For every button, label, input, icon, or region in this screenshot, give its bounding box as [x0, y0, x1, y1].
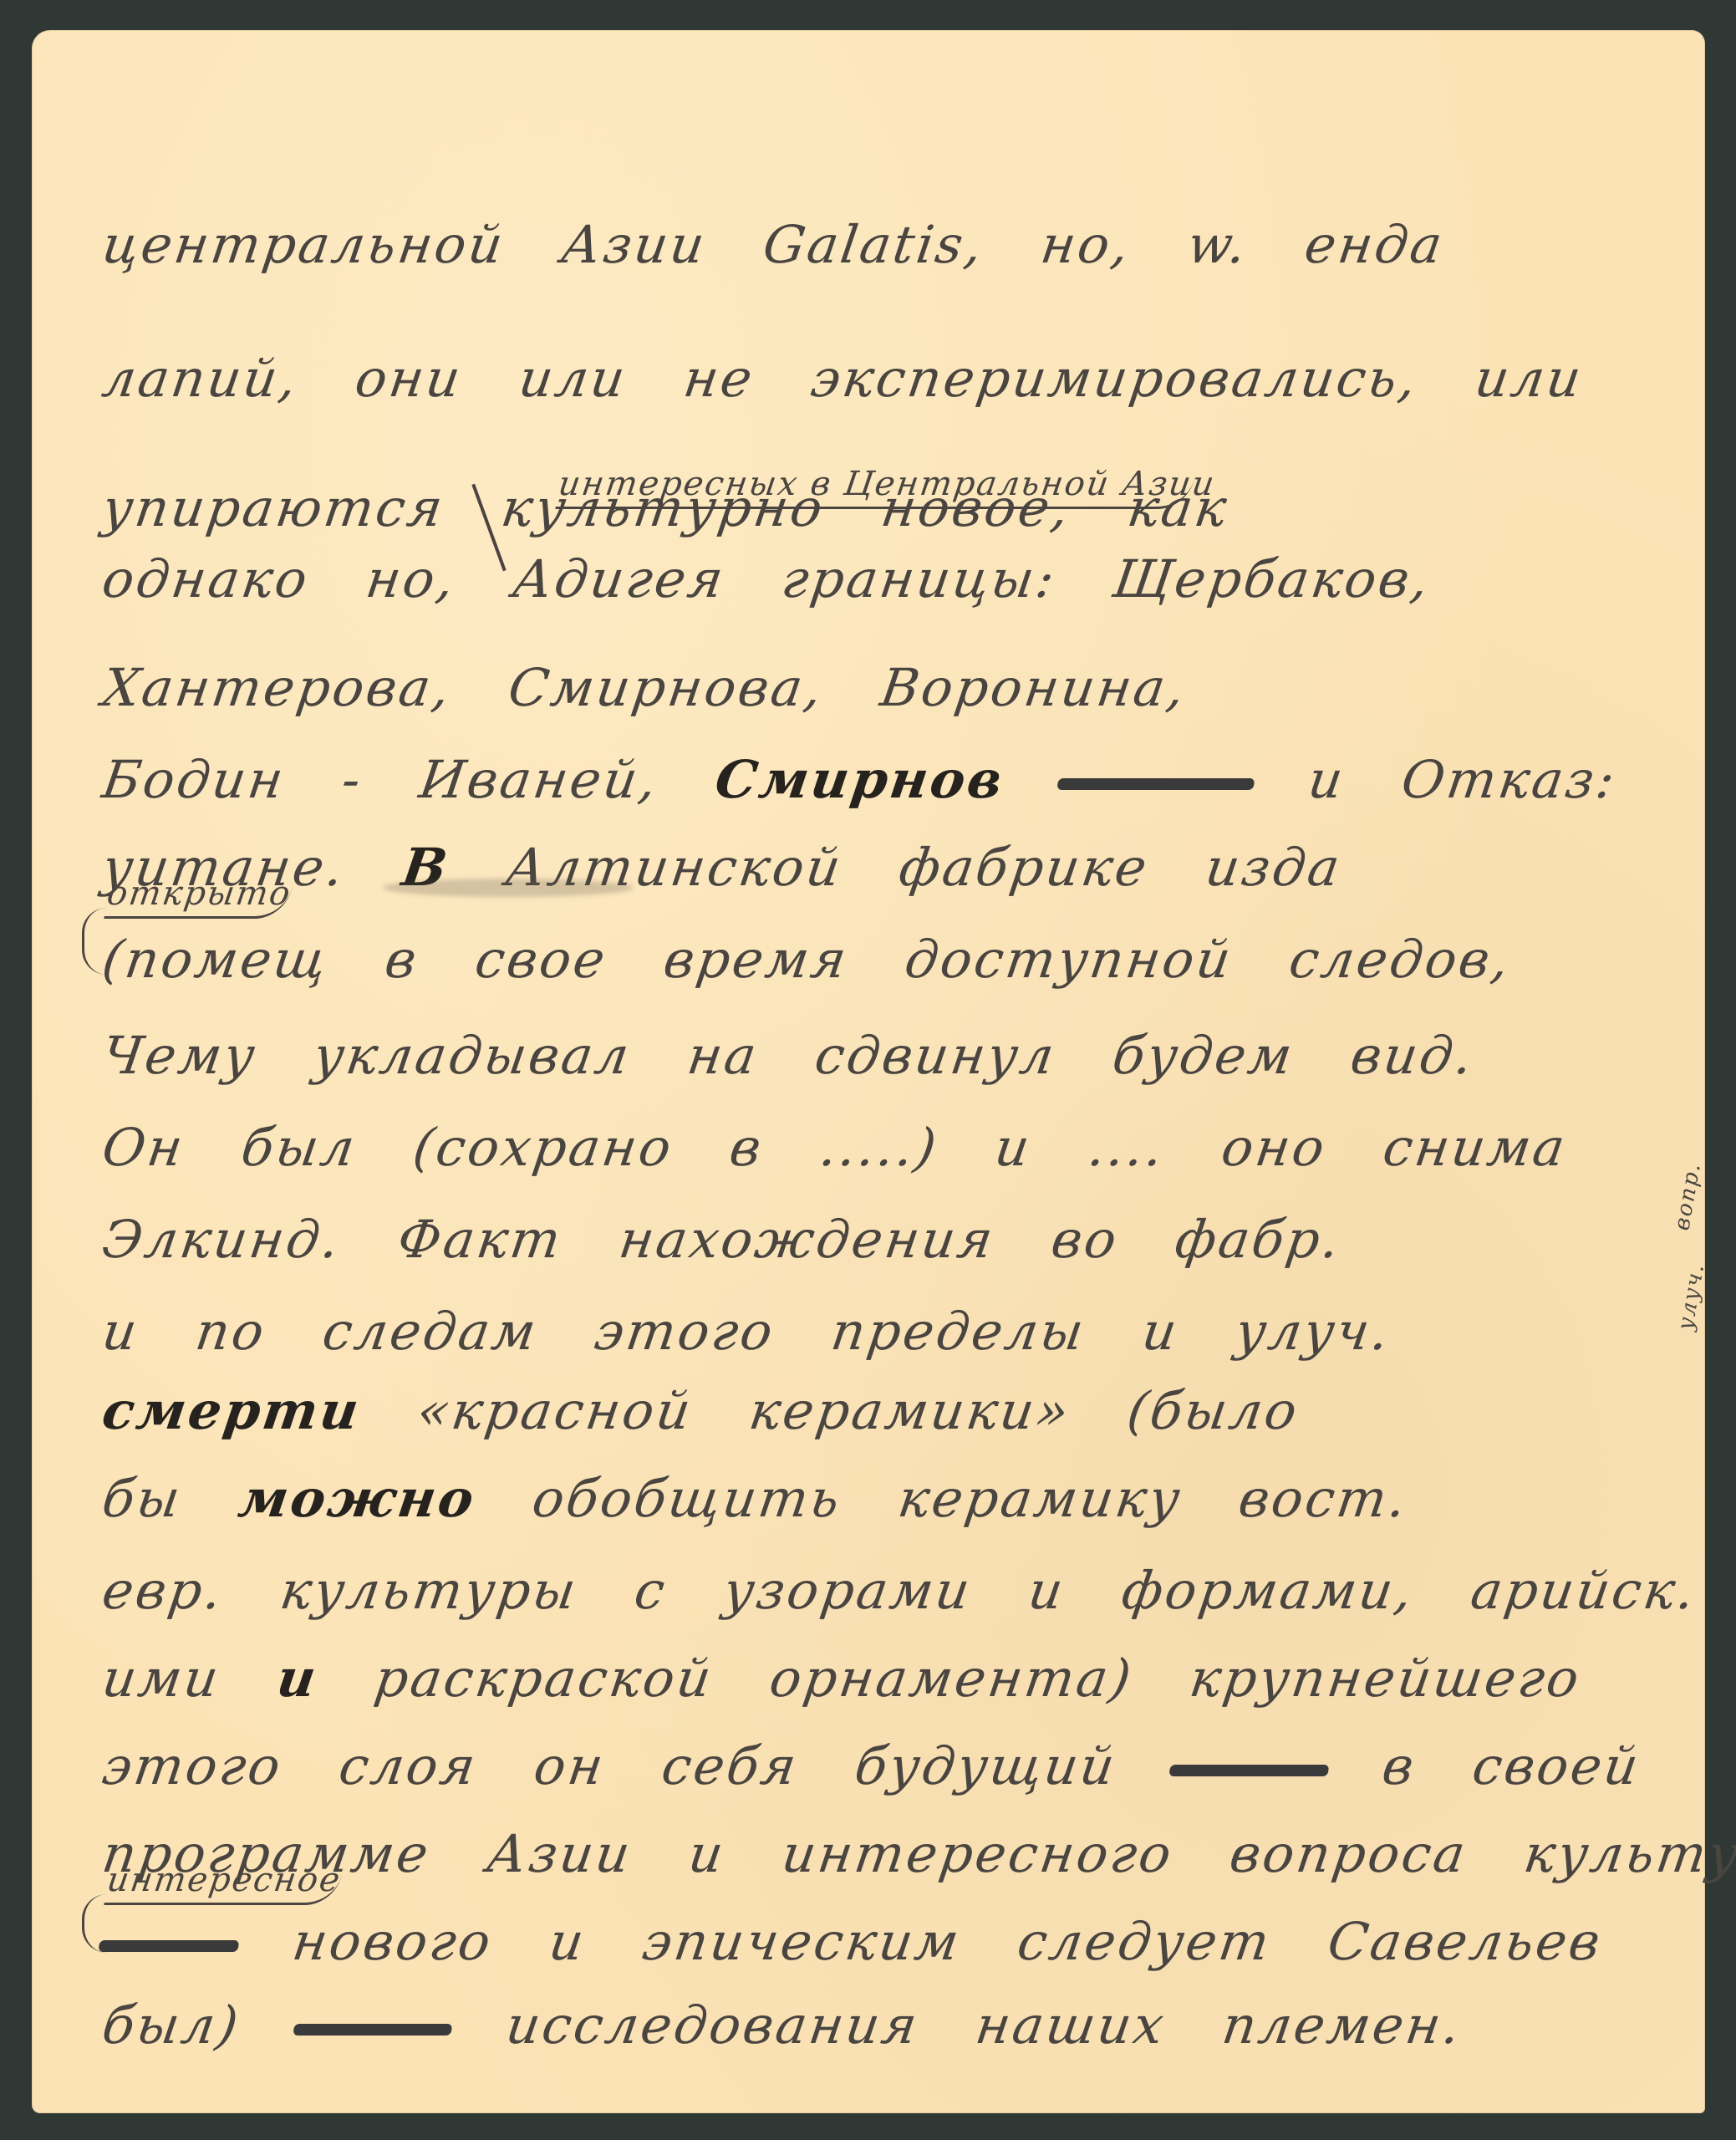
- word: оно: [1218, 1117, 1331, 1178]
- word: не: [680, 348, 759, 409]
- word: фабр.: [1172, 1209, 1346, 1270]
- word: с: [631, 1560, 671, 1621]
- word: формами,: [1118, 1560, 1418, 1621]
- manuscript-line-11: Элкинд. Факт нахождения во фабр.: [99, 1209, 1384, 1270]
- word: интересного: [778, 1823, 1177, 1884]
- manuscript-line-12: и по следам этого пределы и улуч.: [99, 1301, 1433, 1362]
- word: доступной: [901, 929, 1236, 990]
- manuscript-line-18: программе Азии и интересного вопроса кул…: [99, 1823, 1736, 1884]
- word: центральной: [99, 214, 509, 275]
- word: время: [660, 929, 853, 990]
- word: или: [516, 348, 632, 409]
- manuscript-page: интересных в Центральной Азии центрально…: [32, 30, 1705, 2113]
- word: однако: [99, 548, 313, 609]
- word: лапий,: [99, 348, 303, 409]
- manuscript-line-16: ими и раскраской орнамента) крупнейшего: [99, 1648, 1623, 1709]
- word: пределы: [827, 1301, 1090, 1362]
- word: вид.: [1347, 1025, 1479, 1086]
- word: нахождения: [615, 1209, 999, 1270]
- word: но,: [363, 548, 461, 609]
- word: упираются: [99, 477, 449, 538]
- word: Чему: [99, 1025, 261, 1086]
- word: или: [1471, 348, 1587, 409]
- word: енда: [1301, 214, 1448, 275]
- word: и: [991, 1117, 1036, 1178]
- word: во: [1048, 1209, 1123, 1270]
- word: на: [684, 1025, 762, 1086]
- word: племен.: [1219, 1995, 1466, 2056]
- word: изда: [1202, 837, 1346, 898]
- word: культуры: [277, 1560, 582, 1621]
- struck-word: [1057, 749, 1255, 810]
- ink-smudge: [383, 879, 634, 897]
- word: снима: [1379, 1117, 1571, 1178]
- manuscript-line-1: центральной Азии Galatis, но, w. енда: [99, 214, 1487, 275]
- word: был): [99, 1995, 244, 2056]
- word: эпическим: [639, 1911, 965, 1972]
- word: Смирнов: [711, 749, 1008, 810]
- word: «красной: [414, 1380, 697, 1441]
- manuscript-line-3: упираются культурно новое, как: [99, 477, 1271, 538]
- word: смерти: [99, 1380, 364, 1441]
- word: Азии: [483, 1823, 636, 1884]
- word: (помещ: [99, 929, 333, 990]
- word: узорами: [720, 1560, 975, 1621]
- word: наших: [972, 1995, 1170, 2056]
- word: будем: [1109, 1025, 1298, 1086]
- word: крупнейшего: [1186, 1648, 1585, 1709]
- word: обобщить: [529, 1468, 846, 1529]
- word: следам: [319, 1301, 542, 1362]
- word: в: [1379, 1735, 1420, 1796]
- margin-note: улуч.: [1673, 1261, 1710, 1332]
- word: керамику: [894, 1468, 1186, 1529]
- word: фабрике: [895, 837, 1153, 898]
- word: себя: [658, 1735, 802, 1796]
- word: как: [1124, 477, 1233, 538]
- word: эксперимировались,: [807, 348, 1423, 409]
- word: Galatis,: [760, 214, 989, 275]
- manuscript-line-14: бы можно обобщить керамику вост.: [99, 1468, 1451, 1529]
- word: -: [339, 749, 367, 810]
- word: ....: [1085, 1117, 1169, 1178]
- word: новое,: [878, 477, 1075, 538]
- manuscript-line-4: однако но, Адигея границы: Щербаков,: [99, 548, 1474, 609]
- word: и: [99, 1301, 143, 1362]
- word: будущий: [851, 1735, 1120, 1796]
- word: по: [192, 1301, 271, 1362]
- word: и: [546, 1911, 590, 1972]
- manuscript-line-2: лапий, они или не эксперимировались, или: [99, 348, 1626, 409]
- word: ими: [99, 1648, 225, 1709]
- word: этого: [99, 1735, 287, 1796]
- word: Адигея: [509, 548, 730, 609]
- word: в: [381, 929, 422, 990]
- word: Бодин: [99, 749, 289, 810]
- word: культур: [1520, 1823, 1736, 1884]
- word: но,: [1037, 214, 1135, 275]
- word: следует: [1014, 1911, 1275, 1972]
- word: культурно: [497, 477, 828, 538]
- word: можно: [235, 1468, 480, 1529]
- word: керамики»: [746, 1380, 1075, 1441]
- word: вост.: [1235, 1468, 1413, 1529]
- manuscript-line-9: Чему укладывал на сдвинул будем вид.: [99, 1025, 1517, 1086]
- word: Щербаков,: [1109, 548, 1434, 609]
- word: и: [1138, 1301, 1183, 1362]
- word: следов,: [1285, 929, 1515, 990]
- word: раскраской: [371, 1648, 717, 1709]
- word: Савельев: [1324, 1911, 1606, 1972]
- manuscript-line-17: этого слоя он себя будущий в своей: [99, 1735, 1683, 1796]
- word: Иваней,: [415, 749, 663, 810]
- word: Воронина,: [877, 657, 1190, 718]
- word: своей: [1469, 1735, 1644, 1796]
- word: этого: [591, 1301, 779, 1362]
- manuscript-line-10: Он был (сохрано в .....) и .... оно сним…: [99, 1117, 1610, 1178]
- word: .....): [817, 1117, 943, 1178]
- word: и: [1025, 1560, 1069, 1621]
- word: они: [352, 348, 466, 409]
- manuscript-line-5: Хантерова, Смирнова, Воронина,: [99, 657, 1229, 718]
- word: вопроса: [1226, 1823, 1471, 1884]
- word: бы: [99, 1468, 186, 1529]
- word: Он: [99, 1117, 189, 1178]
- word: Факт: [394, 1209, 567, 1270]
- word: орнамента): [766, 1648, 1138, 1709]
- word: и: [685, 1823, 730, 1884]
- word: (сохрано: [410, 1117, 677, 1178]
- manuscript-line-13: смерти «красной керамики» (было: [99, 1380, 1341, 1441]
- word: нового: [289, 1911, 497, 1972]
- word: он: [531, 1735, 609, 1796]
- word: границы:: [778, 548, 1061, 609]
- word: Азии: [557, 214, 710, 275]
- margin-insertion: открыто: [104, 874, 294, 919]
- margin-note: вопр.: [1669, 1160, 1706, 1232]
- manuscript-line-6: Бодин - Иваней, Смирнов и Отказ:: [99, 749, 1659, 810]
- word: евр.: [99, 1560, 227, 1621]
- word: улуч.: [1232, 1301, 1395, 1362]
- word: был: [237, 1117, 360, 1178]
- margin-insertion: интересное: [104, 1861, 344, 1905]
- manuscript-line-15: евр. культуры с узорами и формами, арийс…: [99, 1560, 1736, 1621]
- word: Отказ:: [1398, 749, 1621, 810]
- manuscript-line-20: был) исследования наших племен.: [99, 1995, 1504, 2056]
- word: и: [273, 1648, 322, 1709]
- word: свое: [471, 929, 611, 990]
- word: укладывал: [310, 1025, 635, 1086]
- word: сдвинул: [812, 1025, 1061, 1086]
- word: арийск.: [1467, 1560, 1700, 1621]
- word: Хантерова,: [99, 657, 456, 718]
- word: и: [1305, 749, 1349, 810]
- word: w.: [1184, 214, 1253, 275]
- word: Элкинд.: [99, 1209, 345, 1270]
- word: слоя: [335, 1735, 481, 1796]
- word: в: [726, 1117, 767, 1178]
- manuscript-line-19: нового и эпическим следует Савельев: [99, 1911, 1645, 1972]
- struck-word: [293, 1995, 454, 2056]
- word: исследования: [502, 1995, 923, 2056]
- struck-word: [1169, 1735, 1330, 1796]
- struck-word: [99, 1911, 240, 1972]
- word: Смирнова,: [505, 657, 828, 718]
- word: (было: [1123, 1380, 1303, 1441]
- manuscript-line-8: (помещ в свое время доступной следов,: [99, 929, 1554, 990]
